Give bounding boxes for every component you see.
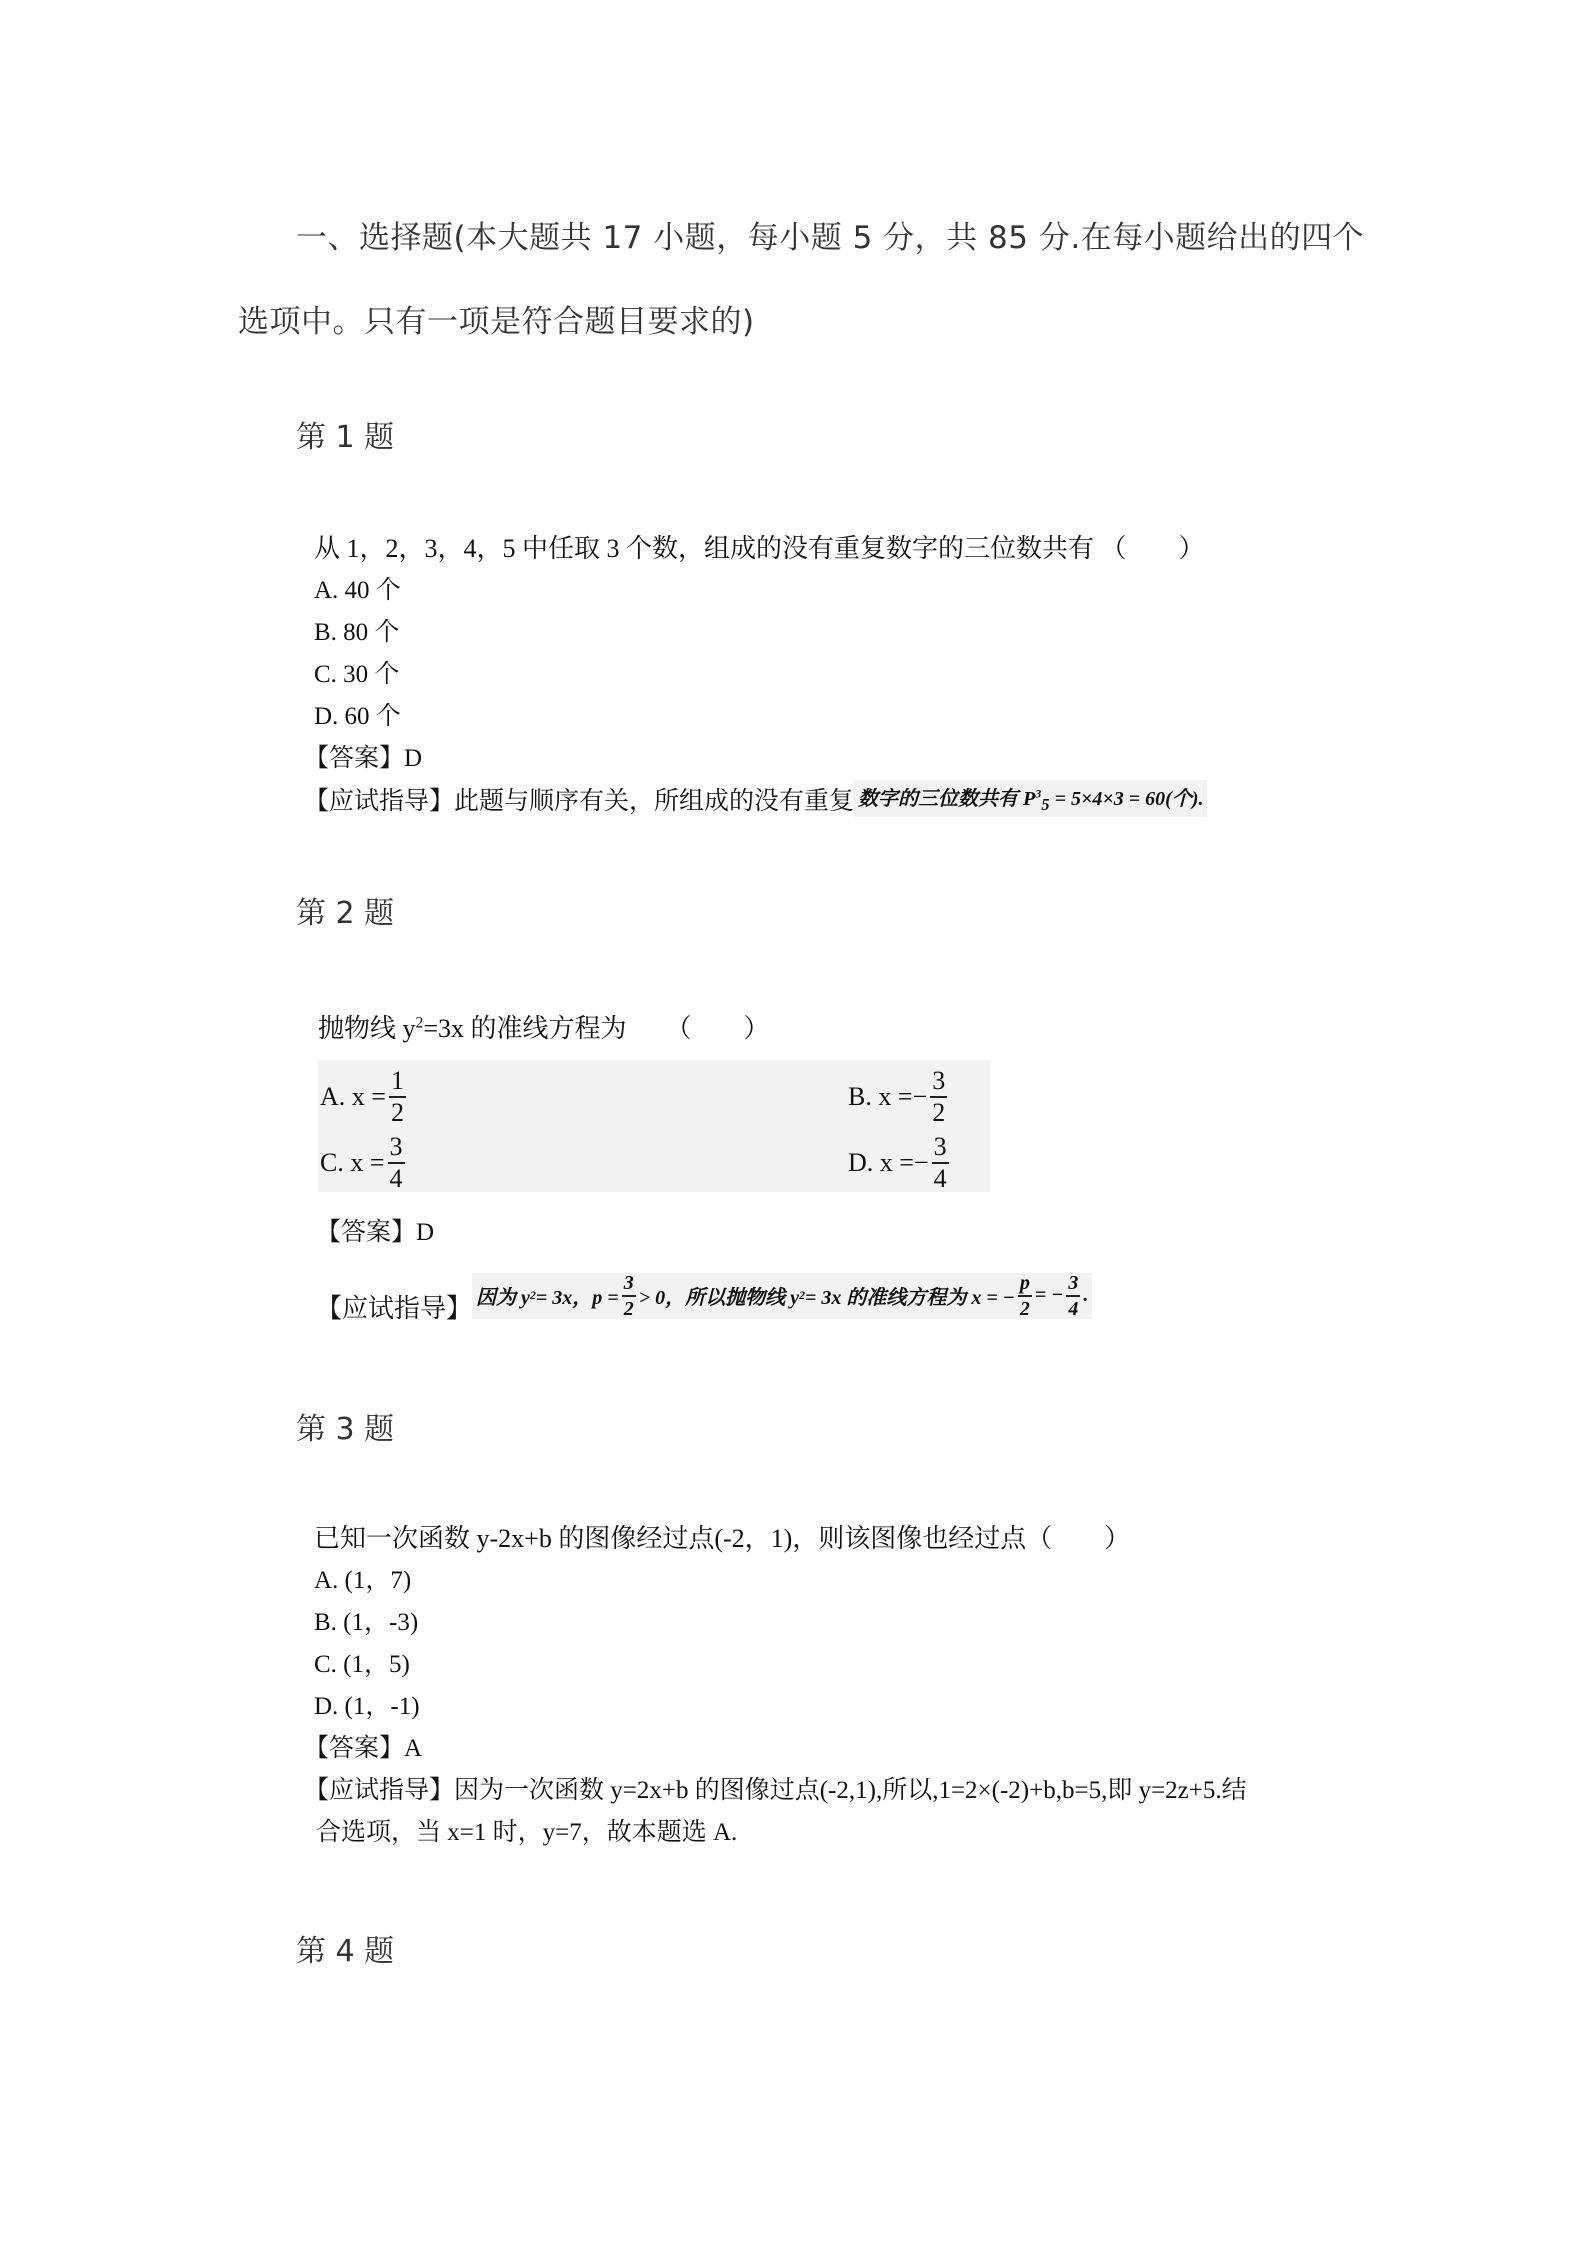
question-3-option-d: D. (1，-1) [314, 1686, 420, 1722]
question-3-option-b: B. (1，-3) [314, 1602, 418, 1638]
section-intro-line1: 一、选择题(本大题共 17 小题，每小题 5 分，共 85 分.在每小题给出的四… [296, 212, 1364, 257]
question-3-heading: 第 3 题 [296, 1404, 394, 1448]
question-1-option-b: B. 80 个 [314, 612, 399, 648]
question-1-guide: 【应试指导】 此题与顺序有关，所组成的没有重复 数字的三位数共有 P35 = 5… [304, 780, 1207, 817]
answer-label: 【答案】 [304, 1735, 404, 1762]
question-3-option-a: A. (1，7) [314, 1560, 411, 1596]
guide-label: 【应试指导】 [304, 781, 454, 817]
question-2-option-a: A. x = 12 [320, 1068, 409, 1126]
section-intro-line2: 选项中。只有一项是符合题目要求的) [238, 296, 755, 341]
question-2-heading: 第 2 题 [296, 888, 394, 932]
question-4-heading: 第 4 题 [296, 1926, 394, 1970]
question-3-guide-line1: 【应试指导】因为一次函数 y=2x+b 的图像过点(-2,1),所以,1=2×(… [304, 1770, 1247, 1806]
question-2-option-c: C. x = 34 [320, 1134, 408, 1192]
question-2-answer: 【答案】D [316, 1212, 434, 1248]
question-1-option-c: C. 30 个 [314, 654, 399, 690]
question-2-option-d: D. x =− 34 [848, 1134, 952, 1192]
guide-text: 此题与顺序有关，所组成的没有重复 [454, 781, 854, 817]
question-3-option-c: C. (1，5) [314, 1644, 410, 1680]
question-2-option-b: B. x =− 32 [848, 1068, 950, 1126]
answer-value: A [404, 1735, 422, 1762]
question-3-guide-line2: 合选项，当 x=1 时，y=7，故本题选 A. [316, 1812, 737, 1848]
question-2-options-image: A. x = 12 B. x =− 32 C. x = 34 D. x =− 3… [318, 1060, 990, 1192]
guide-scanned-formula: 数字的三位数共有 P35 = 5×4×3 = 60(个). [854, 780, 1207, 817]
question-3-answer: 【答案】A [304, 1728, 422, 1764]
answer-value: D [404, 745, 422, 772]
question-1-stem: 从 1，2，3，4，5 中任取 3 个数，组成的没有重复数字的三位数共有 （ ） [314, 528, 1205, 565]
guide-label: 【应试指导】 [304, 1777, 454, 1804]
guide-text: 因为一次函数 y=2x+b 的图像过点(-2,1),所以,1=2×(-2)+b,… [454, 1777, 1247, 1804]
answer-value: D [416, 1219, 434, 1246]
question-2-stem: 抛物线 y2=3x 的准线方程为 （ ） [318, 1008, 769, 1045]
question-2-guide: 【应试指导】 因为 y2 = 3x，p = 32 > 0，所以抛物线 y2 = … [316, 1266, 1092, 1325]
answer-label: 【答案】 [316, 1219, 416, 1246]
guide-label: 【应试指导】 [316, 1288, 472, 1325]
question-3-stem: 已知一次函数 y-2x+b 的图像经过点(-2，1)，则该图像也经过点（ ） [314, 1518, 1130, 1555]
answer-label: 【答案】 [304, 745, 404, 772]
question-1-answer: 【答案】D [304, 738, 422, 774]
question-1-heading: 第 1 题 [296, 412, 394, 456]
question-1-option-d: D. 60 个 [314, 696, 401, 732]
question-1-option-a: A. 40 个 [314, 570, 401, 606]
guide-scanned-formula: 因为 y2 = 3x，p = 32 > 0，所以抛物线 y2 = 3x 的准线方… [472, 1273, 1092, 1319]
